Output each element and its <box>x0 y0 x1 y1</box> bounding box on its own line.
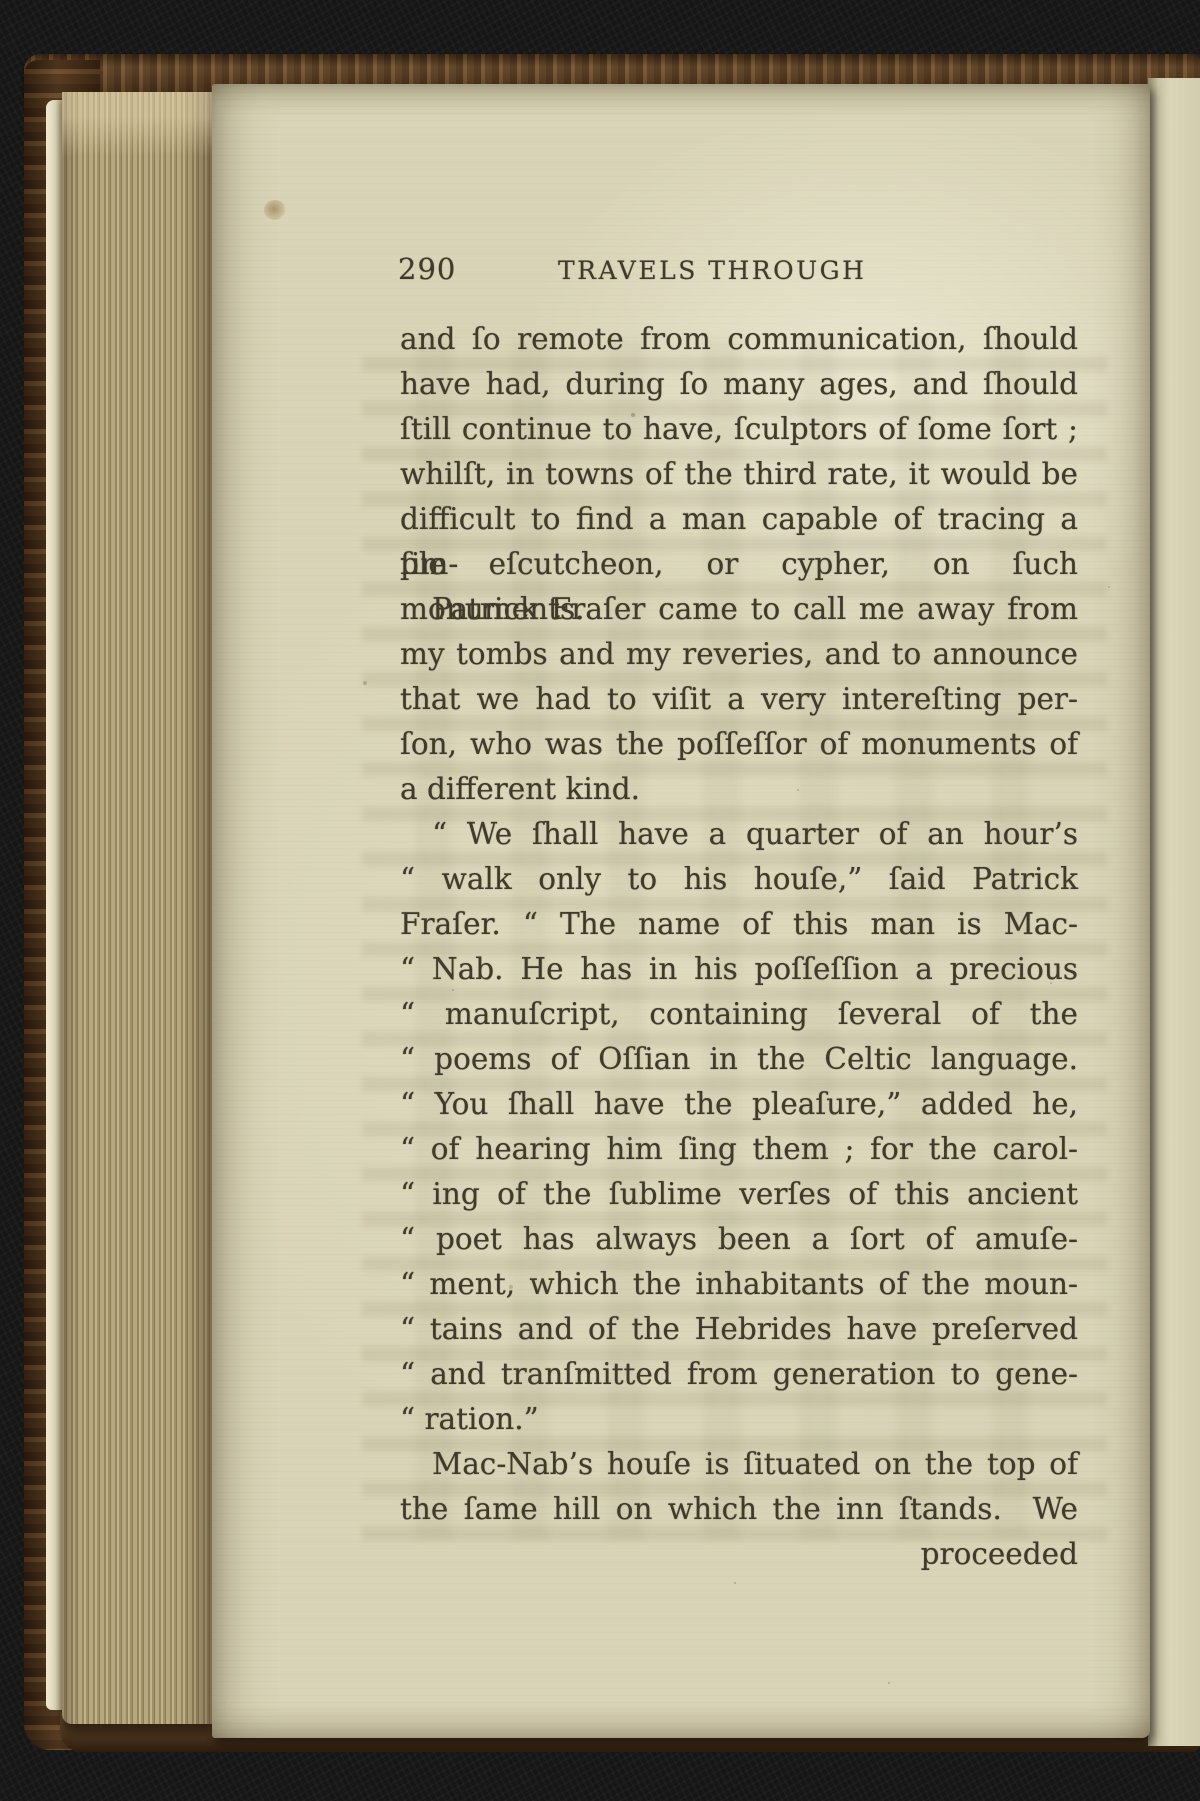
text-line: “ We ſhall have a quarter of an hour’s <box>400 812 1078 857</box>
text-line: “ ration.” <box>400 1397 1078 1442</box>
text-line: “ Nab. He has in his poſſeſſion a precio… <box>400 947 1078 992</box>
text-line: the ſame hill on which the inn ſtands. W… <box>400 1487 1078 1532</box>
book-photograph: { "page": { "number": "290", "running_he… <box>0 0 1200 1801</box>
text-line: ſon, who was the poſſeſſor of monuments … <box>400 722 1078 767</box>
text-line: “ walk only to his houſe,” ſaid Patrick <box>400 857 1078 902</box>
text-line: Mac-Nab’s houſe is ſituated on the top o… <box>400 1442 1078 1487</box>
text-line: “ and tranſmitted from generation to gen… <box>400 1352 1078 1397</box>
text-line: “ You ſhall have the pleaſure,” added he… <box>400 1082 1078 1127</box>
first-page-edge <box>46 100 62 1710</box>
text-line: “ manuſcript, containing ſeveral of the <box>400 992 1078 1037</box>
page-edges-stack <box>62 92 215 1724</box>
facing-page-sliver <box>1148 78 1200 1746</box>
text-line: ple eſcutcheon, or cypher, on ſuch monum… <box>400 542 1078 587</box>
text-line: my tombs and my reveries, and to announc… <box>400 632 1078 677</box>
text-line: “ tains and of the Hebrides have preſerv… <box>400 1307 1078 1352</box>
text-line: “ poems of Oſſian in the Celtic language… <box>400 1037 1078 1082</box>
catchword: proceeded <box>400 1532 1078 1577</box>
text-column: and ſo remote from communication, ſhould… <box>400 317 1078 1532</box>
text-line: “ ing of the ſublime verſes of this anci… <box>400 1172 1078 1217</box>
book-page: 290 TRAVELS THROUGH and ſo remote from c… <box>212 84 1150 1738</box>
text-line: Fraſer. “ The name of this man is Mac- <box>400 902 1078 947</box>
text-line: ſtill continue to have, ſculptors of ſom… <box>400 407 1078 452</box>
page-stain <box>264 200 286 220</box>
text-line: have had, during ſo many ages, and ſhoul… <box>400 362 1078 407</box>
text-line: “ ment, which the inhabitants of the mou… <box>400 1262 1078 1307</box>
text-line: that we had to viſit a very intereſting … <box>400 677 1078 722</box>
text-line: a different kind. <box>400 767 1078 812</box>
text-line: whilſt, in towns of the third rate, it w… <box>400 452 1078 497</box>
page-number: 290 <box>398 252 456 286</box>
running-header: TRAVELS THROUGH <box>558 256 866 285</box>
text-line: and ſo remote from communication, ſhould <box>400 317 1078 362</box>
text-line: “ poet has always been a ſort of amuſe- <box>400 1217 1078 1262</box>
text-line: “ of hearing him ſing them ; for the car… <box>400 1127 1078 1172</box>
text-line: difficult to find a man capable of traci… <box>400 497 1078 542</box>
text-line: Patrick Fraſer came to call me away from <box>400 587 1078 632</box>
paper-specks <box>212 84 214 86</box>
